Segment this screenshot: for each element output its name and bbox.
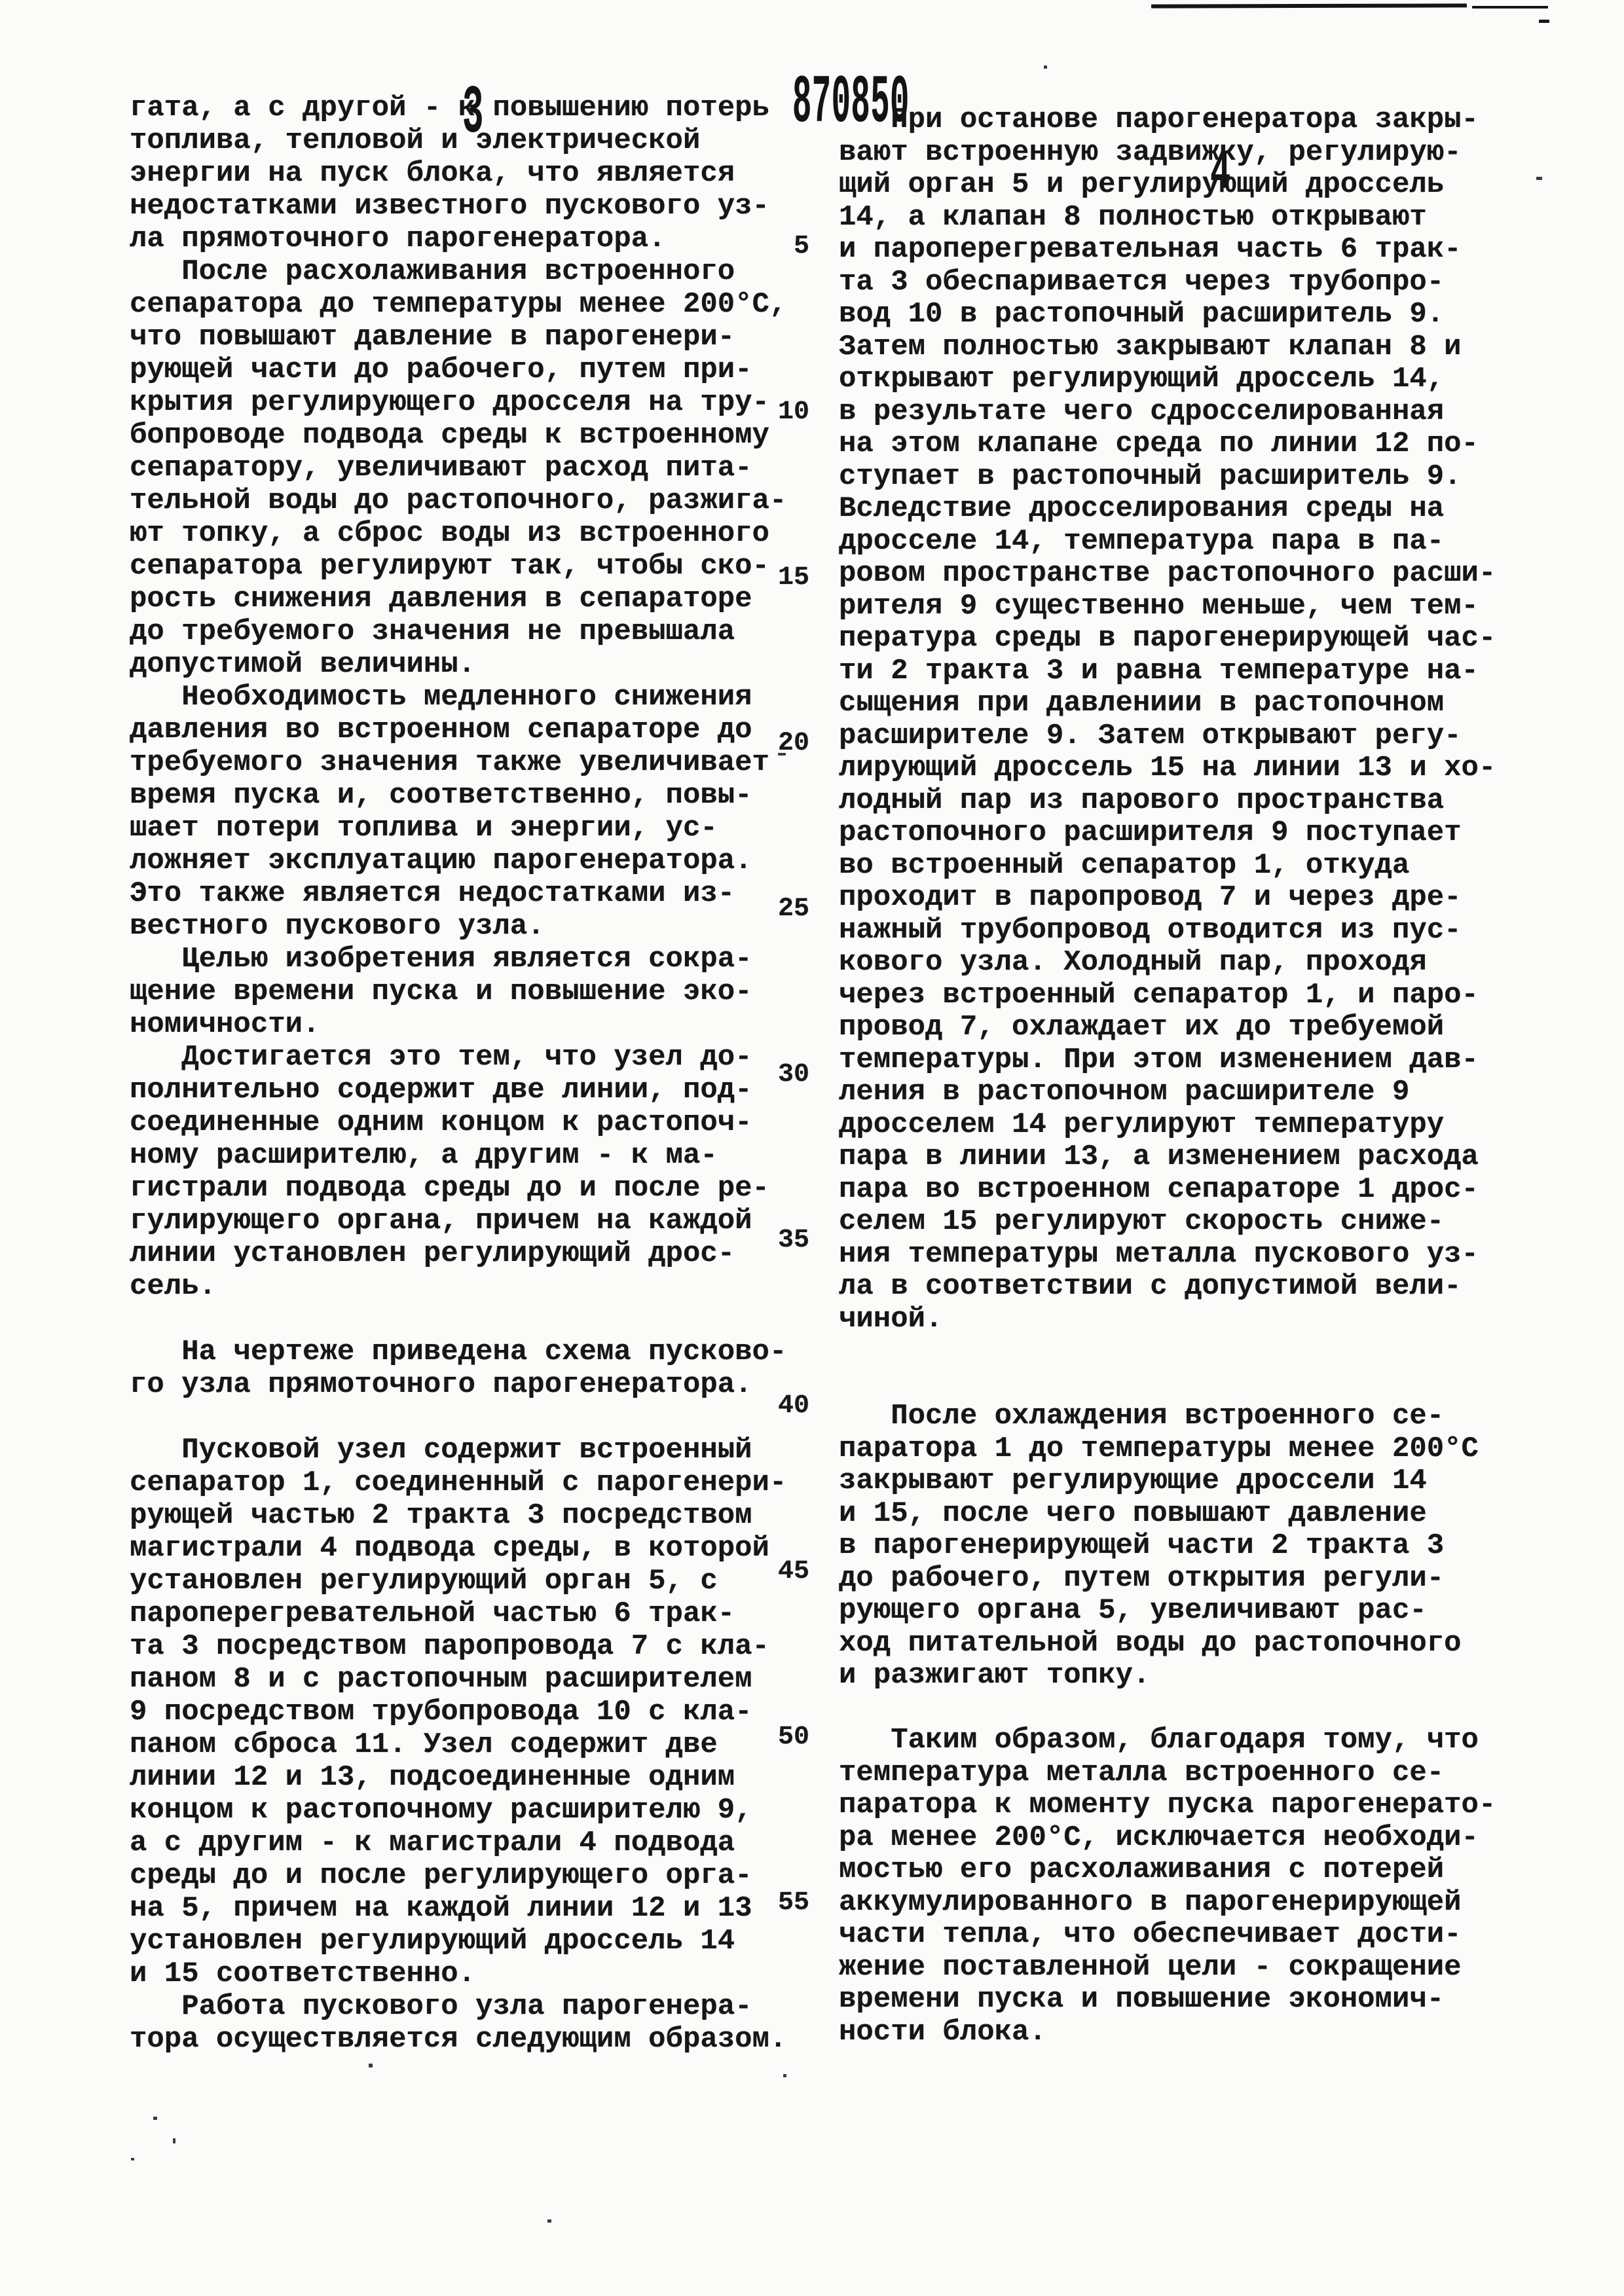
text-line: щение времени пуска и повышение эко- [130,975,804,1008]
text-line: требуемого значения также увеличивает [130,746,804,779]
text-line: вод 10 в растопочный расширитель 9. [839,299,1523,331]
text-line: ют топку, а сброс воды из встроенного [130,517,804,550]
text-line: установлен регулирующий орган 5, с [130,1565,804,1597]
text-column-right: При останове парогенератора закры-вают в… [839,104,1523,2049]
text-line: время пуска и, соответственно, повы- [130,779,804,812]
text-line [839,1336,1523,1368]
text-line: магистрали 4 подвода среды, в которой [130,1532,804,1565]
text-line: гулирующего органа, причем на каждой [130,1205,804,1237]
text-line: После охлаждения встроенного се- [839,1400,1523,1433]
text-line: жение поставленной цели - сокращение [839,1952,1523,1984]
text-line: давления во встроенном сепараторе до [130,714,804,746]
text-line: дросселем 14 регулируют температуру [839,1109,1523,1142]
text-line: линии 12 и 13, подсоединенные одним [130,1761,804,1794]
text-line: рующей части до рабочего, путем при- [130,354,804,386]
text-line: ности блока. [839,2016,1523,2049]
text-line: Затем полностью закрывают клапан 8 и [839,331,1523,364]
text-line: вают встроенную задвижку, регулирую- [839,137,1523,170]
text-line: сыщения при давлениии в растопочном [839,687,1523,720]
text-line: паратора к моменту пуска парогенерато- [839,1789,1523,1822]
text-line: во встроенный сепаратор 1, откуда [839,850,1523,883]
text-line: пара во встроенном сепараторе 1 дрос- [839,1174,1523,1207]
text-line: Пусковой узел содержит встроенный [130,1434,804,1467]
text-line [839,1692,1523,1725]
text-line: нажный трубопровод отводится из пус- [839,915,1523,947]
gutter-line-number: 35 [757,1228,809,1254]
scan-artifact-top-line [1472,6,1548,9]
text-line: лодный пар из парового пространства [839,785,1523,818]
text-line: ла прямоточного парогенератора. [130,223,804,255]
text-line: рость снижения давления в сепараторе [130,583,804,615]
text-line: Таким образом, благодаря тому, что [839,1724,1523,1757]
text-line: та 3 обеспаривается через трубопро- [839,266,1523,299]
scan-artifact-speck [173,2138,175,2143]
gutter-line-number: 30 [757,1062,809,1088]
text-line: селем 15 регулируют скорость сниже- [839,1206,1523,1239]
text-line: Работа пускового узла парогенера- [130,1990,804,2023]
scan-artifact-speck [778,753,786,756]
scan-artifact-speck [369,2064,373,2068]
text-line: сель. [130,1270,804,1303]
text-line: ления в растопочном расширителе 9 [839,1076,1523,1109]
text-line: среды до и после регулирующего орга- [130,1859,804,1892]
text-line: сепаратора до температуры менее 200°С, [130,288,804,321]
text-line: в парогенерирующей части 2 тракта 3 [839,1530,1523,1563]
scan-artifact-speck [547,2219,551,2223]
scan-artifact-speck [1536,177,1542,180]
text-line: на 5, причем на каждой линии 12 и 13 [130,1892,804,1925]
text-line [130,1303,804,1336]
text-line: на этом клапане среда по линии 12 по- [839,428,1523,461]
text-line: ровом пространстве растопочного расши- [839,558,1523,591]
document-page: 3 870850 4 гата, а с другой - к повышени… [0,0,1624,2296]
text-line: ложняет эксплуатацию парогенератора. [130,845,804,877]
text-line: до требуемого значения не превышала [130,615,804,648]
text-line: паном сброса 11. Узел содержит две [130,1728,804,1761]
gutter-line-number: 10 [757,399,809,426]
text-line: недостатками известного пускового уз- [130,190,804,223]
text-line [130,1401,804,1434]
text-line: тельной воды до растопочного, разжига- [130,484,804,517]
text-column-left: гата, а с другой - к повышению потерьтоп… [130,92,804,2056]
text-line: сепаратор 1, соединенный с парогенери- [130,1467,804,1499]
text-line: лирующий дроссель 15 на линии 13 и хо- [839,752,1523,785]
text-line: ступает в растопочный расширитель 9. [839,461,1523,494]
text-line: ра менее 200°С, исключается необходи- [839,1822,1523,1855]
text-line: паратора 1 до температуры менее 200°С [839,1433,1523,1466]
text-line: чиной. [839,1303,1523,1336]
text-line: топлива, тепловой и электрической [130,124,804,157]
text-line: установлен регулирующий дроссель 14 [130,1925,804,1958]
scan-artifact-speck [153,2117,157,2120]
text-line: времени пуска и повышение экономич- [839,1984,1523,2016]
text-line: до рабочего, путем открытия регули- [839,1563,1523,1595]
text-line: допустимой величины. [130,648,804,681]
text-line: рителя 9 существенно меньше, чем тем- [839,591,1523,623]
text-line: гата, а с другой - к повышению потерь [130,92,804,124]
text-line: а с другим - к магистрали 4 подвода [130,1827,804,1859]
text-line: ход питательной воды до растопочного [839,1628,1523,1660]
text-line: При останове парогенератора закры- [839,104,1523,137]
gutter-line-number: 40 [757,1393,809,1419]
text-line: в результате чего сдросселированная [839,396,1523,429]
text-line: температура металла встроенного се- [839,1757,1523,1790]
text-line: ла в соответствии с допустимой вели- [839,1271,1523,1303]
text-line: линии установлен регулирующий дрос- [130,1237,804,1270]
gutter-line-number: 55 [757,1890,809,1916]
scan-artifact-speck [783,2074,786,2077]
text-line: ному расширителю, а другим - к ма- [130,1139,804,1172]
text-line: Это также является недостатками из- [130,877,804,910]
text-line: энергии на пуск блока, что является [130,157,804,190]
text-line: провод 7, охлаждает их до требуемой [839,1011,1523,1044]
text-line: паном 8 и с растопочным расширителем [130,1663,804,1696]
gutter-line-number: 45 [757,1559,809,1585]
text-line: Достигается это тем, что узел до- [130,1041,804,1074]
text-line: что повышают давление в парогенери- [130,321,804,354]
text-line: и 15, после чего повышают давление [839,1498,1523,1531]
text-line: дросселе 14, температура пара в па- [839,526,1523,558]
text-line: ния температуры металла пускового уз- [839,1239,1523,1271]
text-line: растопочного расширителя 9 поступает [839,817,1523,850]
text-line: тора осуществляется следующим образом. [130,2023,804,2056]
text-line: пароперегревательной частью 6 трак- [130,1597,804,1630]
text-line: проходит в паропровод 7 и через дре- [839,882,1523,915]
text-line: щий орган 5 и регулирующий дроссель [839,169,1523,202]
text-line: сепаратора регулируют так, чтобы ско- [130,550,804,583]
text-line: Вследствие дросселирования среды на [839,493,1523,526]
gutter-line-number: 25 [757,896,809,922]
text-line: номичности. [130,1008,804,1041]
text-line: вестного пускового узла. [130,910,804,943]
text-line: через встроенный сепаратор 1, и паро- [839,979,1523,1012]
text-line [839,1368,1523,1401]
text-line: соединенные одним концом к растопоч- [130,1106,804,1139]
scan-artifact-speck [1044,65,1047,69]
text-line: шает потери топлива и энергии, ус- [130,812,804,845]
text-line: Целью изобретения является сокра- [130,943,804,975]
text-line: и разжигают топку. [839,1660,1523,1692]
gutter-line-number: 15 [757,565,809,591]
scan-artifact-top-line [1151,3,1467,8]
gutter-line-number: 5 [757,234,809,260]
text-line: полнительно содержит две линии, под- [130,1074,804,1106]
text-line: и пароперегревательная часть 6 трак- [839,234,1523,266]
text-line: ти 2 тракта 3 и равна температуре на- [839,655,1523,688]
text-line: крытия регулирующего дросселя на тру- [130,386,804,419]
text-line: пература среды в парогенерирующей час- [839,623,1523,655]
text-line: сепаратору, увеличивают расход пита- [130,452,804,484]
text-line: пара в линии 13, а изменением расхода [839,1141,1523,1174]
scan-artifact-speck [1539,20,1549,23]
text-line: го узла прямоточного парогенератора. [130,1368,804,1401]
text-line: та 3 посредством паропровода 7 с кла- [130,1630,804,1663]
text-line: закрывают регулирующие дроссели 14 [839,1465,1523,1498]
text-line: мостью его расхолаживания с потерей [839,1854,1523,1887]
gutter-line-number: 50 [757,1724,809,1751]
text-line: Необходимость медленного снижения [130,681,804,714]
text-line: кового узла. Холодный пар, проходя [839,947,1523,979]
text-line: рующего органа 5, увеличивают рас- [839,1595,1523,1628]
text-line: После расхолаживания встроенного [130,255,804,288]
text-line: 14, а клапан 8 полностью открывают [839,202,1523,234]
text-line: и 15 соответственно. [130,1958,804,1990]
text-line: температуры. При этом изменением дав- [839,1044,1523,1077]
text-line: концом к растопочному расширителю 9, [130,1794,804,1827]
text-line: гистрали подвода среды до и после ре- [130,1172,804,1205]
scan-artifact-speck [131,2158,134,2160]
text-line: На чертеже приведена схема пусково- [130,1336,804,1368]
text-line: расширителе 9. Затем открывают регу- [839,720,1523,753]
text-line: аккумулированного в парогенерирующей [839,1887,1523,1920]
text-line: 9 посредством трубопровода 10 с кла- [130,1696,804,1728]
text-line: рующей частью 2 тракта 3 посредством [130,1499,804,1532]
text-line: бопроводе подвода среды к встроенному [130,419,804,452]
text-line: открывают регулирующий дроссель 14, [839,363,1523,396]
text-line: части тепла, что обеспечивает дости- [839,1919,1523,1952]
